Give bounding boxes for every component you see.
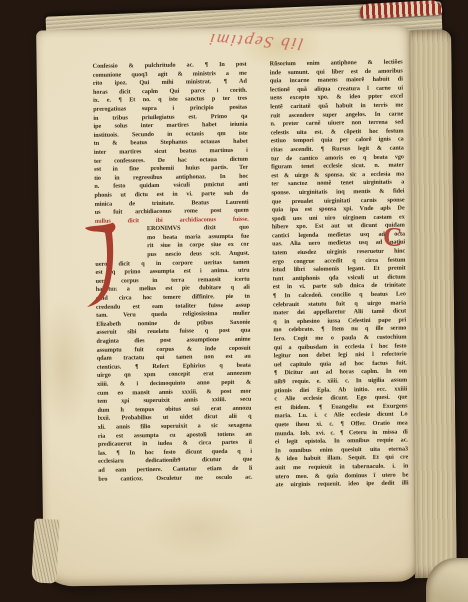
page-edges-bottom-left <box>31 518 59 583</box>
book-photo: Confessio & pulchritudo ac. ¶ In postcom… <box>0 0 468 602</box>
right-text-column: Rñsorium enim antiphone & lectiõesinde s… <box>270 59 409 491</box>
drop-cap-initial-I: I <box>83 220 118 312</box>
margin-initial-C: C <box>383 223 403 250</box>
text-line: bro canticoz. Osculetur me osculo ac. <box>98 473 252 484</box>
fore-edge-right <box>409 30 457 578</box>
handwriting-annotation: lib Septimi <box>185 19 327 60</box>
book-page: Confessio & pulchritudo ac. ¶ In postcom… <box>36 25 418 586</box>
text-line: ate uirginis requeuit. ideo ipe dedit il… <box>275 480 408 490</box>
drop-cap-letter: I <box>84 312 85 313</box>
paper-stain <box>143 498 254 560</box>
paper-stain <box>36 300 92 431</box>
